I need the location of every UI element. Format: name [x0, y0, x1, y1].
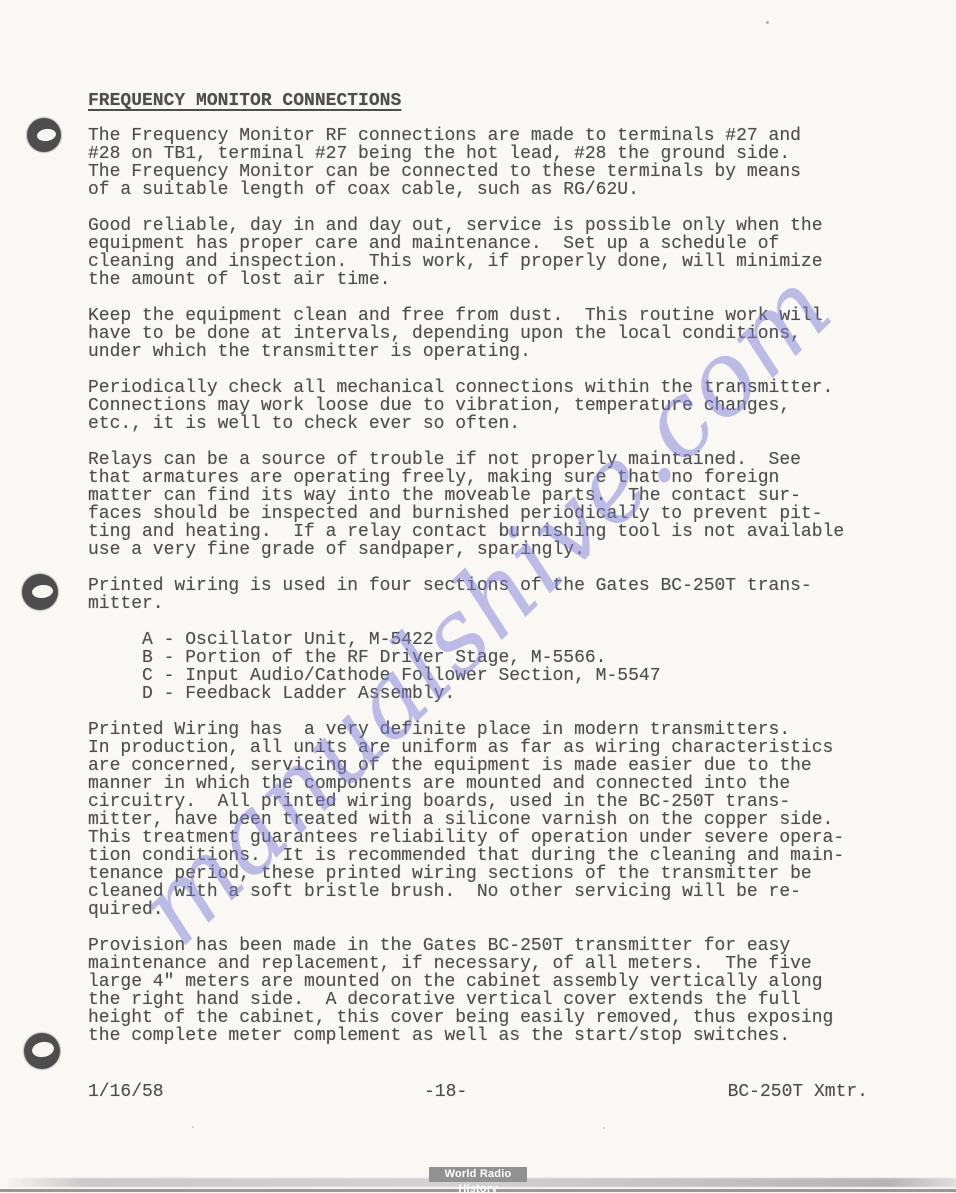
paragraph-relays: Relays can be a source of trouble if not… — [88, 451, 888, 559]
hole-punch-middle-center — [31, 584, 53, 599]
footer-date: 1/16/58 — [88, 1083, 164, 1101]
page-content: FREQUENCY MONITOR CONNECTIONSThe Frequen… — [88, 92, 888, 1063]
paragraph-service: Good reliable, day in and day out, servi… — [88, 217, 888, 289]
page-footer: 1/16/58 -18- BC-250T Xmtr. — [88, 1083, 868, 1101]
printed-wiring-sections-list: A - Oscillator Unit, M-5422 B - Portion … — [88, 631, 888, 703]
paragraph-meters: Provision has been made in the Gates BC-… — [88, 937, 888, 1045]
footer-doc-ref: BC-250T Xmtr. — [728, 1083, 868, 1101]
paragraph-mechanical: Periodically check all mechanical connec… — [88, 379, 888, 433]
hole-punch-top-center — [36, 128, 56, 143]
hole-punch-top — [27, 118, 61, 152]
world-radio-history-badge: World Radio History — [429, 1167, 527, 1182]
paragraph-printed-wiring-intro: Printed wiring is used in four sections … — [88, 577, 888, 613]
paragraph-printed-wiring-detail: Printed Wiring has a very definite place… — [88, 721, 888, 919]
paragraph-cleaning: Keep the equipment clean and free from d… — [88, 307, 888, 361]
hole-punch-bottom — [24, 1033, 60, 1069]
scan-speck — [766, 21, 769, 24]
paragraph-frequency-monitor: The Frequency Monitor RF connections are… — [88, 127, 888, 199]
footer-page-number: -18- — [424, 1083, 467, 1101]
hole-punch-bottom-center — [31, 1040, 55, 1059]
scan-speck — [603, 1127, 605, 1129]
scan-speck — [192, 1126, 194, 1128]
document-page: FREQUENCY MONITOR CONNECTIONSThe Frequen… — [0, 0, 956, 1193]
section-heading: FREQUENCY MONITOR CONNECTIONS — [88, 92, 888, 110]
hole-punch-middle — [22, 574, 58, 610]
